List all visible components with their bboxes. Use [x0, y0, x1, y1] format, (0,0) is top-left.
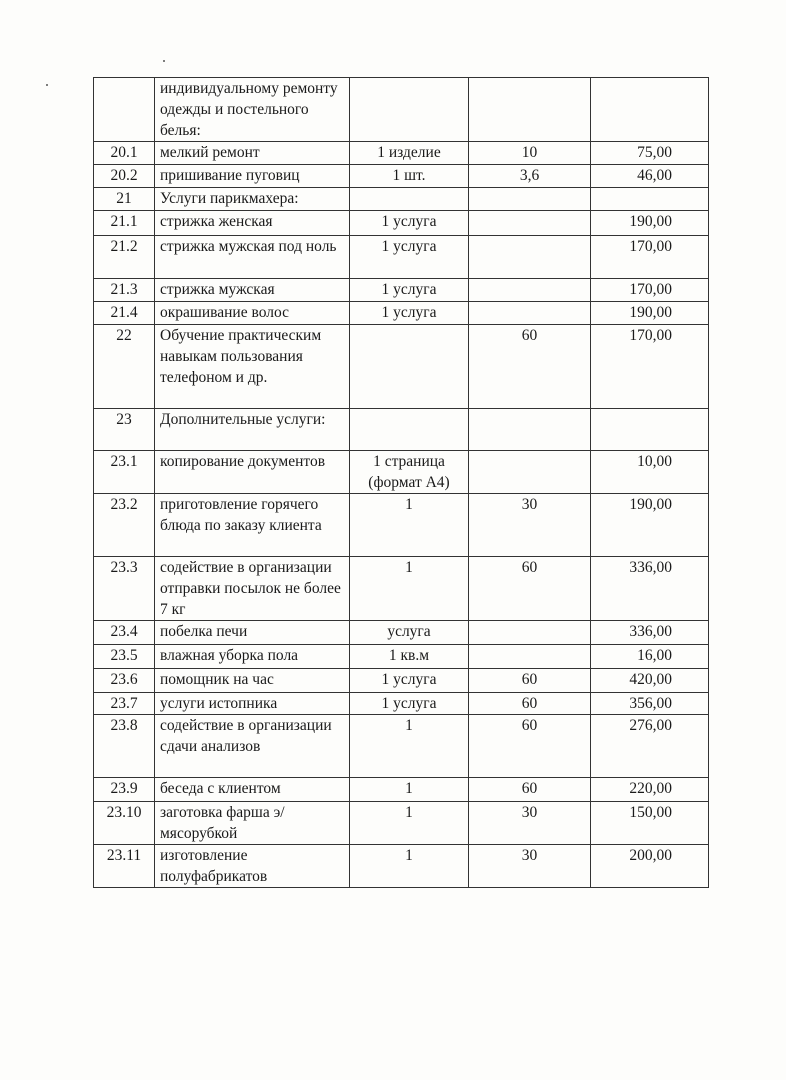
table-row: 23.9беседа с клиентом160220,00 [94, 778, 709, 802]
cell-unit: 1 [350, 494, 469, 557]
table-row: 23.11изготовление полуфабрикатов130200,0… [94, 845, 709, 888]
table-row: 22Обучение практическим навыкам пользова… [94, 325, 709, 409]
scan-speck [46, 84, 48, 86]
cell-name: Обучение практическим навыкам пользовани… [155, 325, 350, 409]
cell-num: 23.11 [94, 845, 155, 888]
table-row: 23.5влажная уборка пола1 кв.м16,00 [94, 645, 709, 669]
table-row: 23.8содействие в организации сдачи анали… [94, 715, 709, 778]
cell-time [469, 236, 591, 279]
table-row: индивидуальному ремонту одежды и постель… [94, 78, 709, 142]
table-row: 23.4побелка печиуслуга336,00 [94, 621, 709, 645]
cell-name: Дополнительные услуги: [155, 409, 350, 451]
table-row: 21.1стрижка женская1 услуга190,00 [94, 211, 709, 236]
cell-time [469, 211, 591, 236]
cell-name: стрижка мужская под ноль [155, 236, 350, 279]
cell-num: 20.1 [94, 142, 155, 165]
cell-unit [350, 409, 469, 451]
cell-time [469, 409, 591, 451]
cell-price [591, 409, 709, 451]
cell-time: 30 [469, 494, 591, 557]
table-row: 20.2пришивание пуговиц1 шт.3,646,00 [94, 165, 709, 188]
cell-name: содействие в организации сдачи анализов [155, 715, 350, 778]
cell-num: 21 [94, 188, 155, 211]
cell-unit: 1 [350, 557, 469, 621]
cell-num: 20.2 [94, 165, 155, 188]
cell-num: 21.1 [94, 211, 155, 236]
table-row: 23.7услуги истопника1 услуга60356,00 [94, 693, 709, 715]
cell-name: заготовка фарша э/мясорубкой [155, 802, 350, 845]
cell-num: 23.7 [94, 693, 155, 715]
cell-unit: 1 [350, 802, 469, 845]
cell-unit: 1 [350, 845, 469, 888]
cell-price [591, 78, 709, 142]
cell-time: 60 [469, 693, 591, 715]
cell-unit: 1 [350, 715, 469, 778]
cell-time [469, 621, 591, 645]
cell-name: содействие в организации отправки посыло… [155, 557, 350, 621]
cell-unit: 1 кв.м [350, 645, 469, 669]
table-row: 21.3стрижка мужская1 услуга170,00 [94, 279, 709, 302]
cell-price: 200,00 [591, 845, 709, 888]
cell-price: 336,00 [591, 557, 709, 621]
cell-time [469, 188, 591, 211]
cell-name: копирование документов [155, 451, 350, 494]
cell-price: 190,00 [591, 494, 709, 557]
cell-price: 420,00 [591, 669, 709, 693]
table-row: 23Дополнительные услуги: [94, 409, 709, 451]
table-row: 21.4окрашивание волос1 услуга190,00 [94, 302, 709, 325]
cell-name: помощник на час [155, 669, 350, 693]
cell-price: 356,00 [591, 693, 709, 715]
cell-unit: 1 услуга [350, 211, 469, 236]
cell-num: 23.6 [94, 669, 155, 693]
cell-num: 23.8 [94, 715, 155, 778]
cell-num [94, 78, 155, 142]
cell-unit: 1 услуга [350, 279, 469, 302]
cell-unit: 1 изделие [350, 142, 469, 165]
cell-price: 190,00 [591, 211, 709, 236]
services-price-table: индивидуальному ремонту одежды и постель… [93, 77, 709, 888]
table-row: 23.10заготовка фарша э/мясорубкой130150,… [94, 802, 709, 845]
cell-num: 22 [94, 325, 155, 409]
cell-time: 3,6 [469, 165, 591, 188]
table-row: 21Услуги парикмахера: [94, 188, 709, 211]
scan-speck [163, 60, 165, 62]
cell-price: 75,00 [591, 142, 709, 165]
cell-unit: 1 услуга [350, 693, 469, 715]
table-row: 23.2приготовление горячего блюда по зака… [94, 494, 709, 557]
cell-price: 190,00 [591, 302, 709, 325]
cell-name: стрижка женская [155, 211, 350, 236]
cell-time [469, 279, 591, 302]
cell-price [591, 188, 709, 211]
table-row: 20.1мелкий ремонт1 изделие1075,00 [94, 142, 709, 165]
cell-unit: 1 услуга [350, 302, 469, 325]
cell-num: 23.3 [94, 557, 155, 621]
cell-name: пришивание пуговиц [155, 165, 350, 188]
cell-price: 16,00 [591, 645, 709, 669]
cell-num: 23.10 [94, 802, 155, 845]
cell-unit: 1 услуга [350, 669, 469, 693]
cell-price: 46,00 [591, 165, 709, 188]
cell-num: 23.5 [94, 645, 155, 669]
table-row: 23.1копирование документов1 страница (фо… [94, 451, 709, 494]
cell-price: 170,00 [591, 279, 709, 302]
cell-unit: 1 услуга [350, 236, 469, 279]
cell-num: 23.1 [94, 451, 155, 494]
cell-num: 23.2 [94, 494, 155, 557]
cell-name: мелкий ремонт [155, 142, 350, 165]
cell-time: 30 [469, 845, 591, 888]
cell-time: 60 [469, 325, 591, 409]
cell-name: окрашивание волос [155, 302, 350, 325]
cell-name: влажная уборка пола [155, 645, 350, 669]
cell-name: Услуги парикмахера: [155, 188, 350, 211]
cell-price: 150,00 [591, 802, 709, 845]
cell-time: 10 [469, 142, 591, 165]
table-row: 23.6помощник на час1 услуга60420,00 [94, 669, 709, 693]
cell-time [469, 302, 591, 325]
cell-unit: 1 шт. [350, 165, 469, 188]
cell-price: 10,00 [591, 451, 709, 494]
cell-name: приготовление горячего блюда по заказу к… [155, 494, 350, 557]
cell-name: беседа с клиентом [155, 778, 350, 802]
cell-time: 30 [469, 802, 591, 845]
cell-price: 276,00 [591, 715, 709, 778]
cell-num: 21.3 [94, 279, 155, 302]
cell-price: 336,00 [591, 621, 709, 645]
cell-unit: услуга [350, 621, 469, 645]
cell-num: 21.2 [94, 236, 155, 279]
cell-unit [350, 78, 469, 142]
table-row: 21.2стрижка мужская под ноль1 услуга170,… [94, 236, 709, 279]
cell-num: 23.9 [94, 778, 155, 802]
cell-price: 170,00 [591, 325, 709, 409]
cell-time [469, 451, 591, 494]
cell-name: побелка печи [155, 621, 350, 645]
cell-unit [350, 325, 469, 409]
cell-name: услуги истопника [155, 693, 350, 715]
cell-num: 21.4 [94, 302, 155, 325]
cell-time: 60 [469, 669, 591, 693]
cell-time [469, 78, 591, 142]
cell-name: индивидуальному ремонту одежды и постель… [155, 78, 350, 142]
cell-num: 23.4 [94, 621, 155, 645]
cell-num: 23 [94, 409, 155, 451]
cell-name: изготовление полуфабрикатов [155, 845, 350, 888]
cell-time: 60 [469, 715, 591, 778]
table-row: 23.3содействие в организации отправки по… [94, 557, 709, 621]
table-body: индивидуальному ремонту одежды и постель… [94, 78, 709, 888]
cell-time: 60 [469, 778, 591, 802]
cell-name: стрижка мужская [155, 279, 350, 302]
cell-price: 220,00 [591, 778, 709, 802]
cell-time [469, 645, 591, 669]
cell-time: 60 [469, 557, 591, 621]
cell-unit: 1 страница (формат А4) [350, 451, 469, 494]
cell-unit [350, 188, 469, 211]
cell-price: 170,00 [591, 236, 709, 279]
cell-unit: 1 [350, 778, 469, 802]
